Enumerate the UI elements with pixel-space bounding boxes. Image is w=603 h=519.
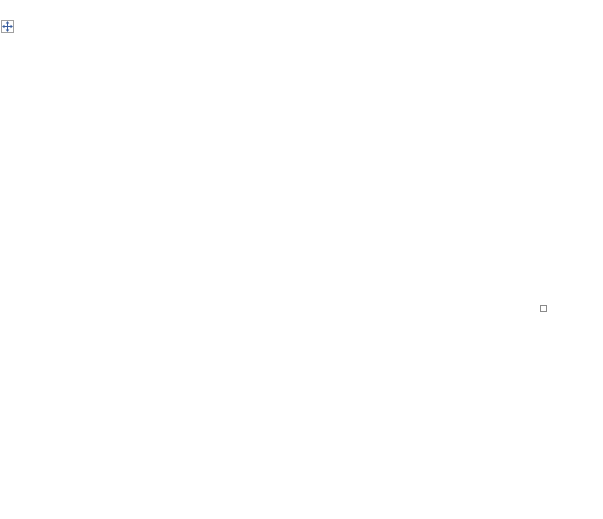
page-title: [10, 2, 12, 17]
apply-item-wechat: [18, 397, 20, 412]
tip-paragraph: [18, 475, 574, 497]
apply-item-web: [18, 379, 20, 394]
apply-item-email: [18, 356, 20, 371]
apply-heading: [18, 334, 20, 349]
word-document-page: [0, 0, 603, 519]
move-arrows-icon: [2, 21, 13, 32]
wechat-qr-code-image: [136, 404, 212, 467]
table-move-handle[interactable]: [1, 20, 14, 33]
table-resize-handle[interactable]: [540, 305, 547, 312]
